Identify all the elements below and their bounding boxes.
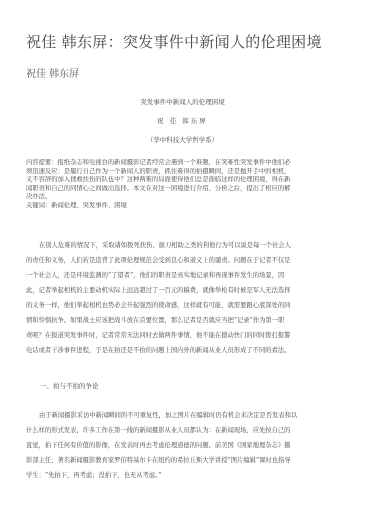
abstract-line: 义不容辞的加入拯救扶伤的队伍中？这种两难的局面使得他们总是面临这样的伦理困境，得…: [26, 176, 341, 185]
abstract-line: 闻职责和自己的同情心之间做出选择。本文在对这一困境进行介绍、分析之后，提出了相应…: [26, 185, 341, 194]
paragraph-line: 在别人危难的情况下，采取诸如拨死扶伤、拔刀相助之类的利他行为可以说是每一个社会人: [26, 238, 341, 253]
body-paragraph-1: 在别人危难的情况下，采取诸如拨死扶伤、拔刀相助之类的利他行为可以说是每一个社会人…: [26, 238, 341, 358]
section-heading: 一、拍与不拍的争论: [40, 381, 99, 391]
paragraph-line: 影部主任、著名新闻摄影教育家罗伯特基尔卡在纽约的希拉丘斯大学讲授“图片编辑”课时…: [26, 453, 341, 468]
document-affiliation: （华中科技大学哲学系）: [0, 135, 365, 145]
page-title: 祝佳 韩东屏：突发事件中新闻人的伦理困境: [26, 32, 322, 52]
abstract-line: 决办法。: [26, 193, 341, 202]
body-paragraph-2: 由于新闻摄影采访中新闻瞬间的不可重复性，加之图片在编辑时仍有机会来决定是否发表和…: [26, 408, 341, 483]
abstract-line: 内容提要：报纸杂志和电视台的新闻摄影记者经常会遇到一个难题，在突难性突发事件中他…: [26, 159, 341, 168]
paragraph-line: 责呢？在报道突发事件时，记者常常无法同时去做两件事情，他不能在摁动快门的同时拨打…: [26, 328, 341, 343]
paragraph-line: 一个社会人，还是环境监测的“了望者”，他们的职责是真实地记录和再现事件发生的场景…: [26, 268, 341, 283]
paragraph-line: 由于新闻摄影采访中新闻瞬间的不可重复性，加之图片在编辑时仍有机会来决定是否发表和…: [26, 408, 341, 423]
paragraph-line: 电话或者干涉事件进程，于是在拍还是不拍的问题上国内外的新闻从业人员形成了不同的看…: [26, 343, 341, 358]
keywords: 关键词：新闻伦理、突发事件、困境: [26, 202, 341, 211]
paragraph-line: 学生：“先拍下，再考虑；没拍下，也无从考虑。”: [26, 468, 341, 483]
paragraph-line: 的义务一样，他们举起相机也势必会升起强烈的使命感，这样就有可能，就需要跟心底深处…: [26, 298, 341, 313]
paragraph-line: 情和怜悯抗争。如果战士应该把战斗放在首要位置，那么记者是否就应当把“记录”作为第…: [26, 313, 341, 328]
abstract: 内容提要：报纸杂志和电视台的新闻摄影记者经常会遇到一个难题，在突难性突发事件中他…: [26, 159, 341, 211]
paragraph-line: 直觉，拍下任何有价值的影像，在发表时再去考虑伦理道德的问题。前美国《国家地理杂志…: [26, 438, 341, 453]
document-title: 突发事件中新闻人的伦理困境: [0, 97, 365, 107]
paragraph-line: 的责任和义务，人们若是违背了此项伦理规范会受到良心和道义上的谴责。问题在于记者不…: [26, 253, 341, 268]
document-authors: 祝 佳 韩东屏: [0, 116, 365, 126]
abstract-line: 须迅速反应：是履行自己作为一个新闻人的职责，抓住难得的拍摄瞬间，还是抛开手中的相…: [26, 168, 341, 177]
author-byline: 祝佳 韩东屏: [26, 68, 79, 82]
paragraph-line: 此，记者举起相机的主要动机实际上远远超过了一百元的稿费，就像举枪有时候是军人无法…: [26, 283, 341, 298]
paragraph-line: 什么样的形式发表，许多工作在第一线的新闻摄影从业人员都认为：在新闻现场，应先按自…: [26, 423, 341, 438]
